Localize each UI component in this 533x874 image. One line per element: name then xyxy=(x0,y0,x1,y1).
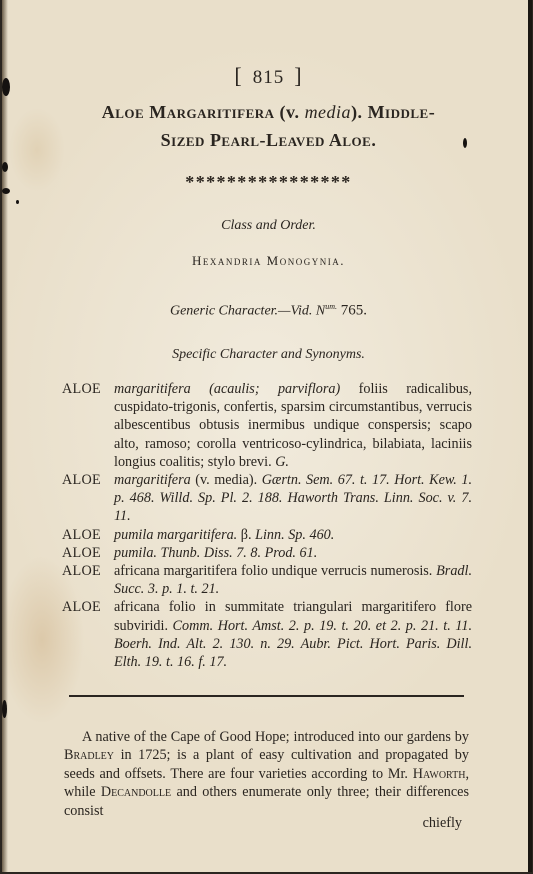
page-number-value: 815 xyxy=(253,67,285,88)
synonym-italic: margaritifera (acaulis; parviflora) xyxy=(114,381,340,397)
genus: ALOE xyxy=(62,380,101,398)
bracket-close: ] xyxy=(294,63,302,88)
genus: ALOE xyxy=(62,526,101,544)
paragraph-text: A native of the Cape of Good Hope; intro… xyxy=(82,729,469,745)
ink-stain xyxy=(2,700,7,718)
num-superscript: um. xyxy=(325,302,337,311)
specific-character-heading: Specific Character and Synonyms. xyxy=(2,347,533,363)
synonym-entry: ALOEpumila. Thunb. Diss. 7. 8. Prod. 61. xyxy=(62,544,472,562)
synonym-text: β. xyxy=(237,527,255,543)
genus: ALOE xyxy=(62,562,101,580)
synonym-citation: G. xyxy=(275,454,289,470)
generic-number: 765. xyxy=(337,303,367,319)
synonym-entry: ALOEafricana folio in summitate triangul… xyxy=(62,598,472,671)
synonym-italic: margaritifera xyxy=(114,472,191,488)
asterisk-ornament: **************** xyxy=(2,172,533,193)
synonym-entry: ALOEpumila margaritifera. β. Linn. Sp. 4… xyxy=(62,526,472,544)
variety-open: (v. xyxy=(275,102,305,122)
synonym-entry: ALOEmargaritifera (v. media). Gærtn. Sem… xyxy=(62,471,472,526)
class-order-heading: Class and Order. xyxy=(2,218,533,234)
synonym-citation: Thunb. Diss. 7. 8. Prod. 61. xyxy=(161,545,318,561)
ink-stain xyxy=(2,162,8,172)
genus: ALOE xyxy=(62,544,101,562)
common-name-start: Middle- xyxy=(368,102,436,122)
person-name: Decandolle xyxy=(101,784,171,800)
paragraph-text: in 1725; is a plant of easy cultivation … xyxy=(64,747,469,781)
species-name: Aloe Margaritifera xyxy=(102,102,275,122)
variety-name: media xyxy=(305,102,352,122)
synonym-citation: Linn. Sp. 460. xyxy=(255,527,334,543)
person-name: Bradley xyxy=(64,747,114,763)
plate-title-line2: Sized Pearl-Leaved Aloe. xyxy=(2,130,533,151)
generic-character-label: Generic Character.—Vid. N xyxy=(170,304,325,319)
book-page: [815] Aloe Margaritifera (v. media). Mid… xyxy=(2,0,532,872)
synonym-text: (v. media). xyxy=(191,472,262,488)
genus: ALOE xyxy=(62,598,101,616)
ink-stain xyxy=(16,200,19,204)
description-paragraph: A native of the Cape of Good Hope; intro… xyxy=(64,728,469,820)
variety-close: ). xyxy=(351,102,368,122)
person-name: Haworth xyxy=(413,766,466,782)
generic-character: Generic Character.—Vid. Num. 765. xyxy=(2,302,533,320)
classification: Hexandria Monogynia. xyxy=(2,253,533,269)
synonym-text: africana margaritifera folio undique ver… xyxy=(114,563,436,579)
synonym-entry: ALOEafricana margaritifera folio undique… xyxy=(62,562,472,598)
synonym-entry: ALOEmargaritifera (acaulis; parviflora) … xyxy=(62,380,472,471)
horizontal-rule xyxy=(69,695,464,697)
plate-title-line1: Aloe Margaritifera (v. media). Middle- xyxy=(2,102,533,123)
synonym-italic: pumila. xyxy=(114,545,157,561)
synonym-italic: pumila margaritifera. xyxy=(114,527,237,543)
bracket-open: [ xyxy=(234,63,242,88)
genus: ALOE xyxy=(62,471,101,489)
page-number: [815] xyxy=(2,63,533,89)
catchword: chiefly xyxy=(423,815,462,832)
synonym-list: ALOEmargaritifera (acaulis; parviflora) … xyxy=(62,380,472,671)
